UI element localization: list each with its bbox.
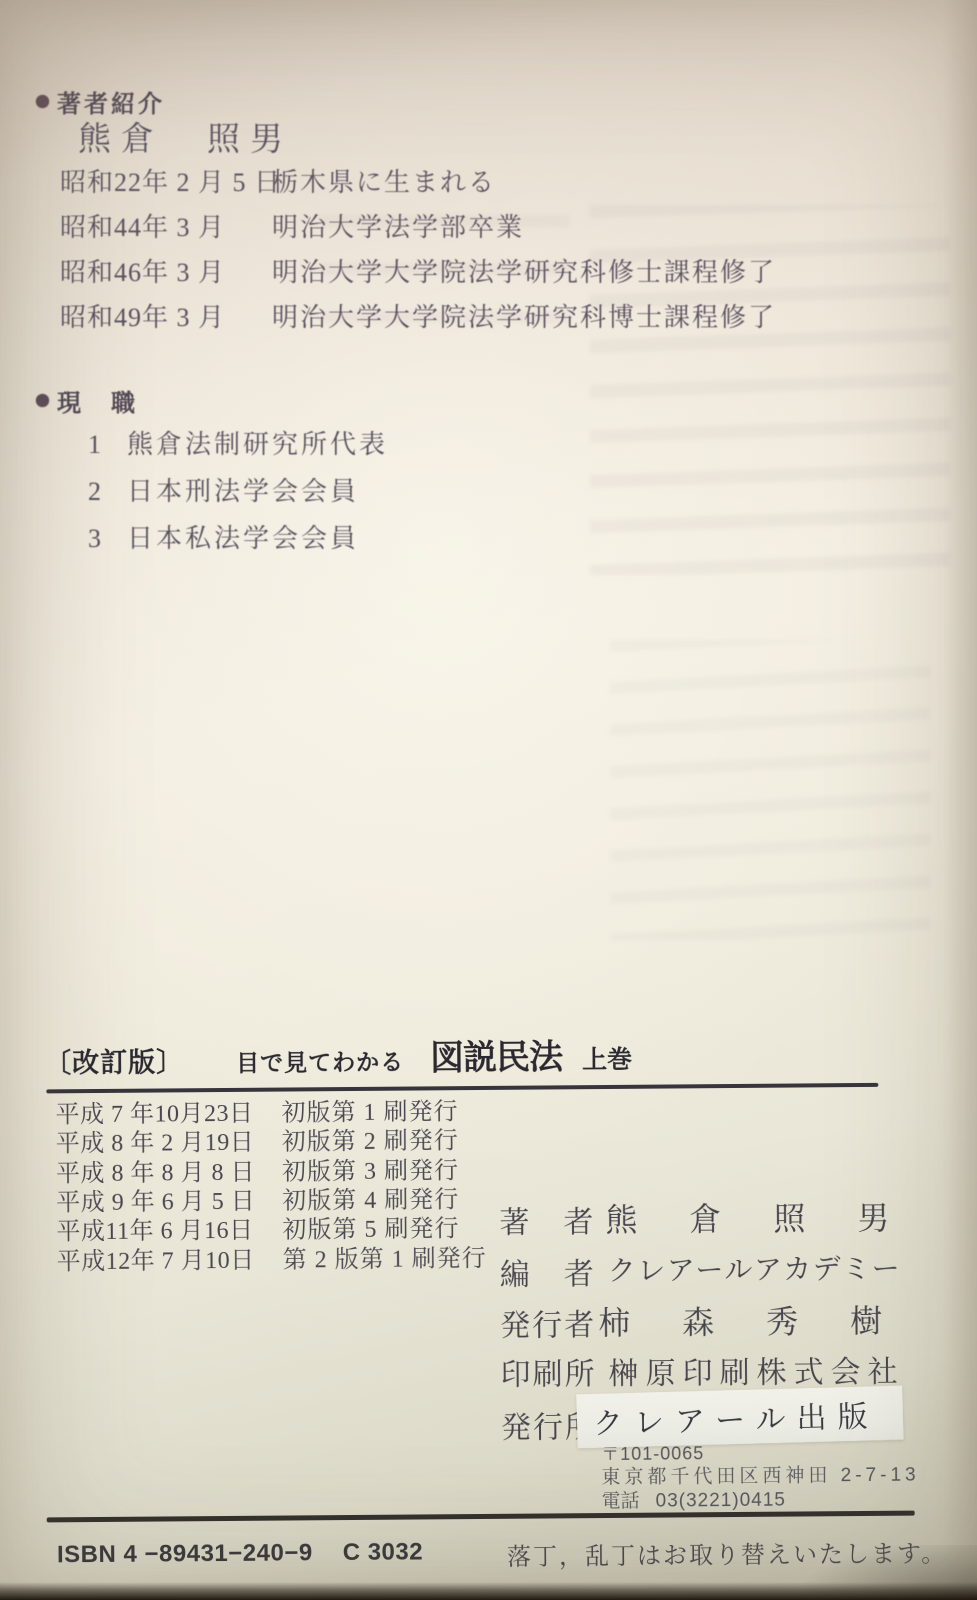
isbn-number: ISBN 4 −89431−240−9 [57,1539,313,1568]
isbn-row: ISBN 4 −89431−240−9C 3032 [57,1538,423,1569]
publisher-value: 柿森秀樹 [598,1295,934,1344]
author-value: 熊倉照男 [605,1192,941,1241]
printer-label: 印刷所 [500,1349,596,1394]
colophon-section: 〔改訂版〕 目で見てわかる 図説民法 上巻 平成 7 年10月23日初版第 1 … [0,0,977,1600]
print-label: 第 2 版第 1 刷発行 [283,1246,487,1274]
phone-number: 03(3221)0415 [656,1490,786,1512]
publisher-label: 発行者 [500,1300,596,1345]
c-code: C 3032 [343,1538,424,1566]
title-divider-rule [46,1083,878,1094]
replacement-notice: 落丁，乱丁はお取り替えいたします。 [507,1533,947,1571]
editor-label: 編 者 [500,1249,596,1294]
book-title-row: 〔改訂版〕 目で見てわかる 図説民法 上巻 [44,1029,632,1083]
phone-label: 電話 [602,1491,640,1512]
footer-divider-rule [47,1511,915,1522]
phone-row: 電話03(3221)0415 [601,1485,786,1513]
volume-label: 上巻 [582,1040,632,1076]
print-date: 平成12年 7 月10日 [57,1240,283,1277]
publisher-sticker: クレアール出版 [576,1386,903,1449]
book-colophon-page-photo: 著者紹介 熊倉 照男 昭和22年 2 月 5 日栃木県に生まれる 昭和44年 3… [0,0,977,1600]
series-tagline: 目で見てわかる [236,1044,404,1078]
book-title: 図説民法 [430,1029,562,1079]
editor-value: クレアールアカデミー [608,1247,902,1289]
edition-label: 〔改訂版〕 [44,1040,184,1080]
photo-bottom-edge [0,1582,977,1600]
print-history-row: 平成12年 7 月10日第 2 版第 1 刷発行 [57,1238,487,1276]
author-label: 著 者 [499,1197,595,1242]
publishing-house-value: クレアール出版 [576,1391,879,1443]
